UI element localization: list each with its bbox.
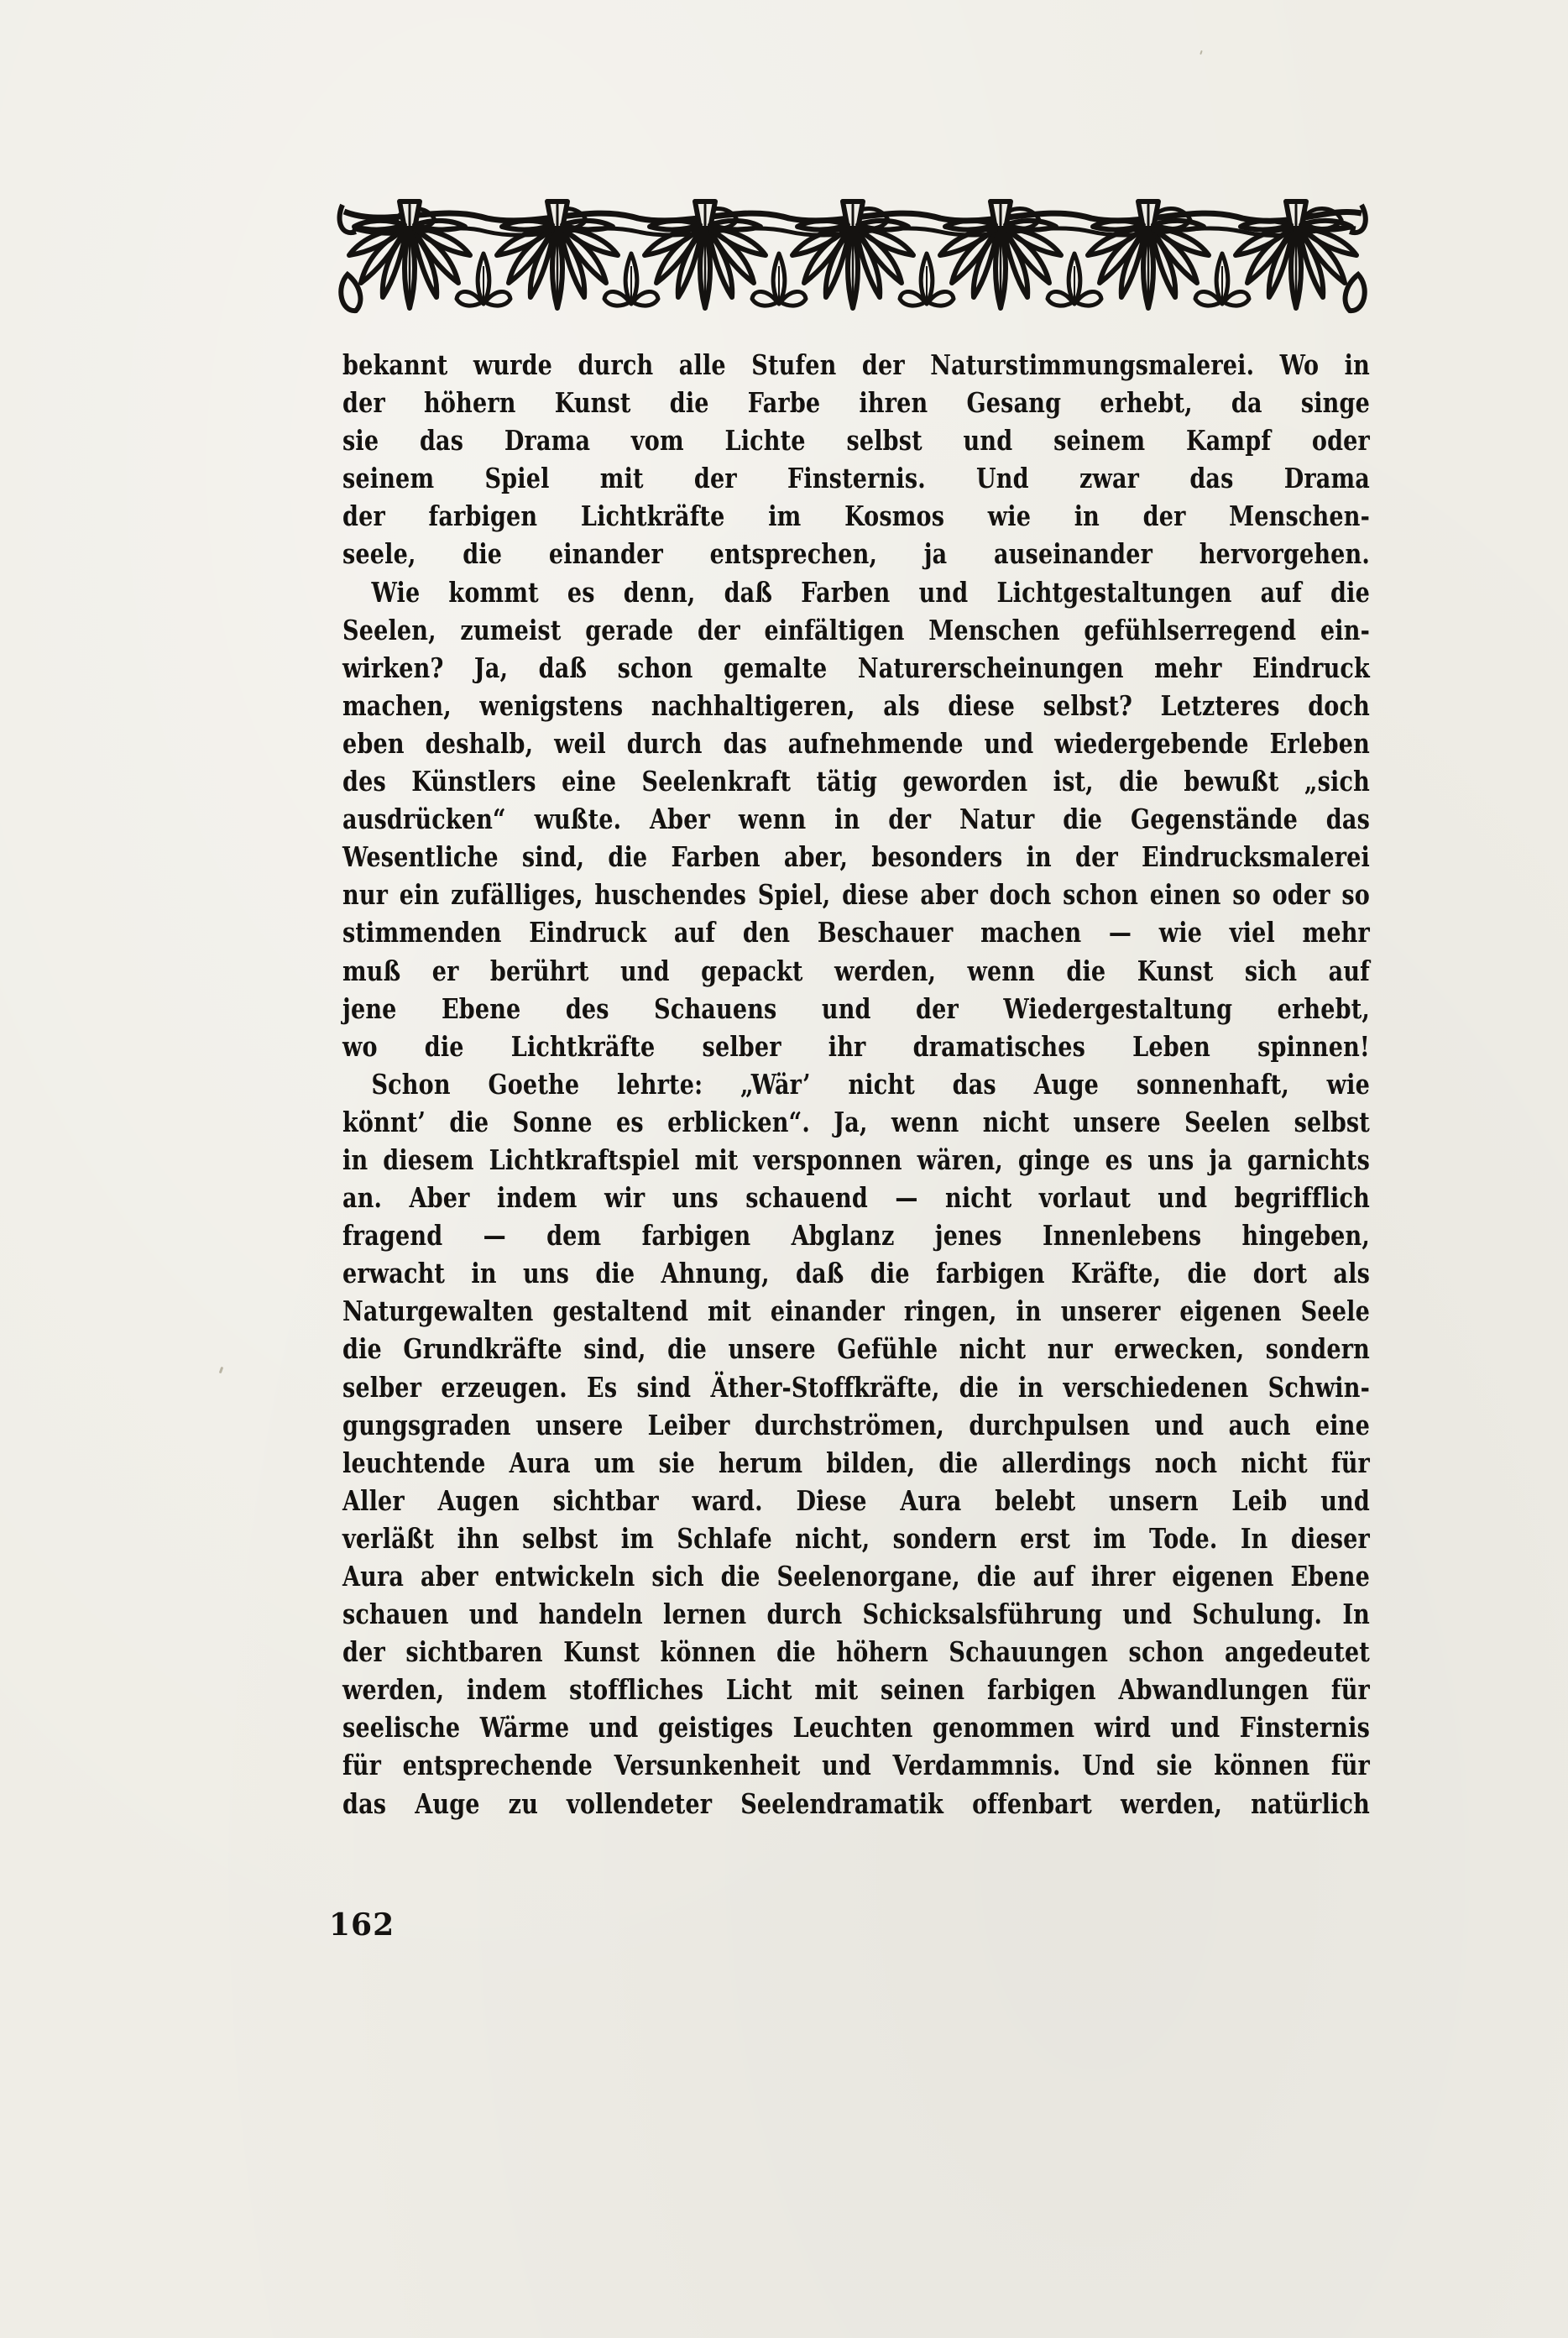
text-line: wo die Lichtkräfte selber ihr dramatisch… (342, 1028, 1370, 1065)
paper-speck (219, 1367, 224, 1374)
text-line: Aura aber entwickeln sich die Seelenorga… (342, 1557, 1370, 1595)
text-line: ausdrücken“ wußte. Aber wenn in der Natu… (342, 800, 1370, 838)
text-line: der farbigen Lichtkräfte im Kosmos wie i… (342, 497, 1370, 535)
text-line: sie das Drama vom Lichte selbst und sein… (342, 421, 1370, 459)
paragraph-start-line: Wie kommt es denn, daß Farben und Lichtg… (342, 573, 1370, 611)
text-line: seelische Wärme und geistiges Leuchten g… (342, 1708, 1370, 1746)
text-line: muß er berührt und gepackt werden, wenn … (342, 952, 1370, 990)
paragraph-start-line: Schon Goethe lehrte: „Wär’ nicht das Aug… (342, 1065, 1370, 1103)
text-line: das Auge zu vollendeter Seelendramatik o… (342, 1785, 1370, 1823)
text-line: seele, die einander entsprechen, ja ause… (342, 535, 1370, 573)
text-line: des Künstlers eine Seelenkraft tätig gew… (342, 762, 1370, 800)
text-line: eben deshalb, weil durch das aufnehmende… (342, 724, 1370, 762)
text-line: Seelen, zumeist gerade der einfältigen M… (342, 611, 1370, 649)
text-line: der sichtbaren Kunst können die höhern S… (342, 1633, 1370, 1671)
text-line: fragend — dem farbigen Abglanz jenes Inn… (342, 1216, 1370, 1254)
text-line: Wesentliche sind, die Farben aber, beson… (342, 838, 1370, 876)
text-line: gungsgraden unsere Leiber durchströmen, … (342, 1406, 1370, 1444)
text-line: Aller Augen sichtbar ward. Diese Aura be… (342, 1482, 1370, 1519)
floral-frieze-ornament-icon (336, 195, 1370, 321)
text-line: Naturgewalten gestaltend mit einander ri… (342, 1292, 1370, 1330)
text-line: bekannt wurde durch alle Stufen der Natu… (342, 346, 1370, 384)
text-line: seinem Spiel mit der Finsternis. Und zwa… (342, 459, 1370, 497)
text-line: jene Ebene des Schauens und der Wiederge… (342, 990, 1370, 1028)
text-line: wirken? Ja, daß schon gemalte Naturersch… (342, 649, 1370, 687)
text-line: leuchtende Aura um sie herum bilden, die… (342, 1444, 1370, 1482)
text-line: an. Aber indem wir uns schauend — nicht … (342, 1179, 1370, 1216)
text-line: stimmenden Eindruck auf den Beschauer ma… (342, 913, 1370, 951)
book-page: bekannt wurde durch alle Stufen der Natu… (0, 0, 1568, 2338)
text-line: schauen und handeln lernen durch Schicks… (342, 1595, 1370, 1633)
paper-speck (1200, 50, 1203, 55)
text-line: werden, indem stoffliches Licht mit sein… (342, 1671, 1370, 1708)
text-line: in diesem Lichtkraftspiel mit versponnen… (342, 1141, 1370, 1179)
page-number: 162 (329, 1907, 395, 1943)
text-line: für entsprechende Versunkenheit und Verd… (342, 1746, 1370, 1784)
text-line: selber erzeugen. Es sind Äther-Stoffkräf… (342, 1368, 1370, 1406)
body-text: bekannt wurde durch alle Stufen der Natu… (342, 346, 1370, 1823)
text-line: machen, wenigstens nachhaltigeren, als d… (342, 687, 1370, 724)
text-line: der höhern Kunst die Farbe ihren Gesang … (342, 384, 1370, 421)
text-line: die Grundkräfte sind, die unsere Gefühle… (342, 1330, 1370, 1368)
text-line: könnt’ die Sonne es erblicken“. Ja, wenn… (342, 1103, 1370, 1141)
text-line: nur ein zufälliges, huschendes Spiel, di… (342, 876, 1370, 913)
text-line: verläßt ihn selbst im Schlafe nicht, son… (342, 1519, 1370, 1557)
text-line: erwacht in uns die Ahnung, daß die farbi… (342, 1254, 1370, 1292)
